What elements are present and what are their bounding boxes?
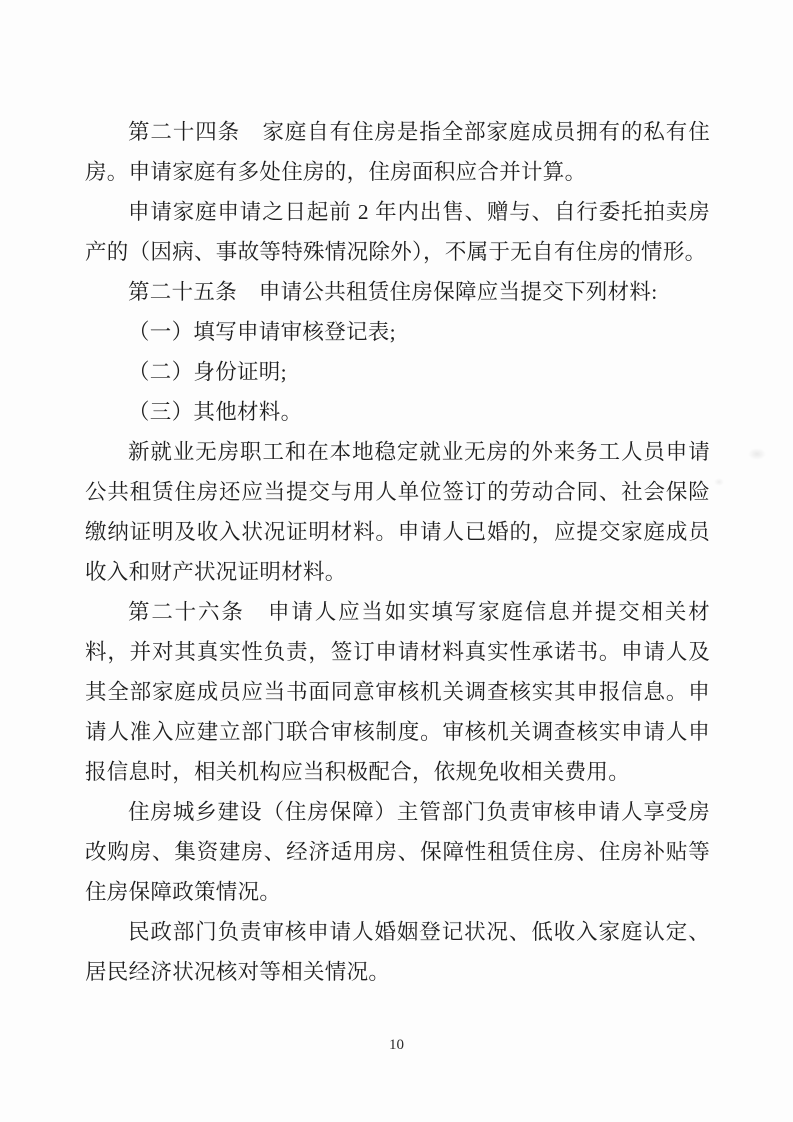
paragraph-civil-affairs-duties: 民政部门负责审核申请人婚姻登记状况、低收入家庭认定、居民经济状况核对等相关情况。 (85, 912, 710, 992)
list-item-2: （二）身份证明; (85, 352, 710, 392)
scan-smudge-small (714, 478, 724, 486)
document-body: 第二十四条 家庭自有住房是指全部家庭成员拥有的私有住房。申请家庭有多处住房的，住… (85, 112, 710, 992)
page-number: 10 (0, 1037, 793, 1054)
paragraph-article-25: 第二十五条 申请公共租赁住房保障应当提交下列材料: (85, 272, 710, 312)
document-page: 第二十四条 家庭自有住房是指全部家庭成员拥有的私有住房。申请家庭有多处住房的，住… (0, 0, 793, 1122)
scan-smudge (748, 448, 766, 460)
paragraph-new-employment-workers: 新就业无房职工和在本地稳定就业无房的外来务工人员申请公共租赁住房还应当提交与用人… (85, 432, 710, 592)
paragraph-article-24: 第二十四条 家庭自有住房是指全部家庭成员拥有的私有住房。申请家庭有多处住房的，住… (85, 112, 710, 192)
list-item-3: （三）其他材料。 (85, 392, 710, 432)
paragraph-article-24-sale-clause: 申请家庭申请之日起前 2 年内出售、赠与、自行委托拍卖房产的（因病、事故等特殊情… (85, 192, 710, 272)
paragraph-housing-authority-duties: 住房城乡建设（住房保障）主管部门负责审核申请人享受房改购房、集资建房、经济适用房… (85, 792, 710, 912)
paragraph-article-26: 第二十六条 申请人应当如实填写家庭信息并提交相关材料，并对其真实性负责，签订申请… (85, 592, 710, 792)
list-item-1: （一）填写申请审核登记表; (85, 312, 710, 352)
